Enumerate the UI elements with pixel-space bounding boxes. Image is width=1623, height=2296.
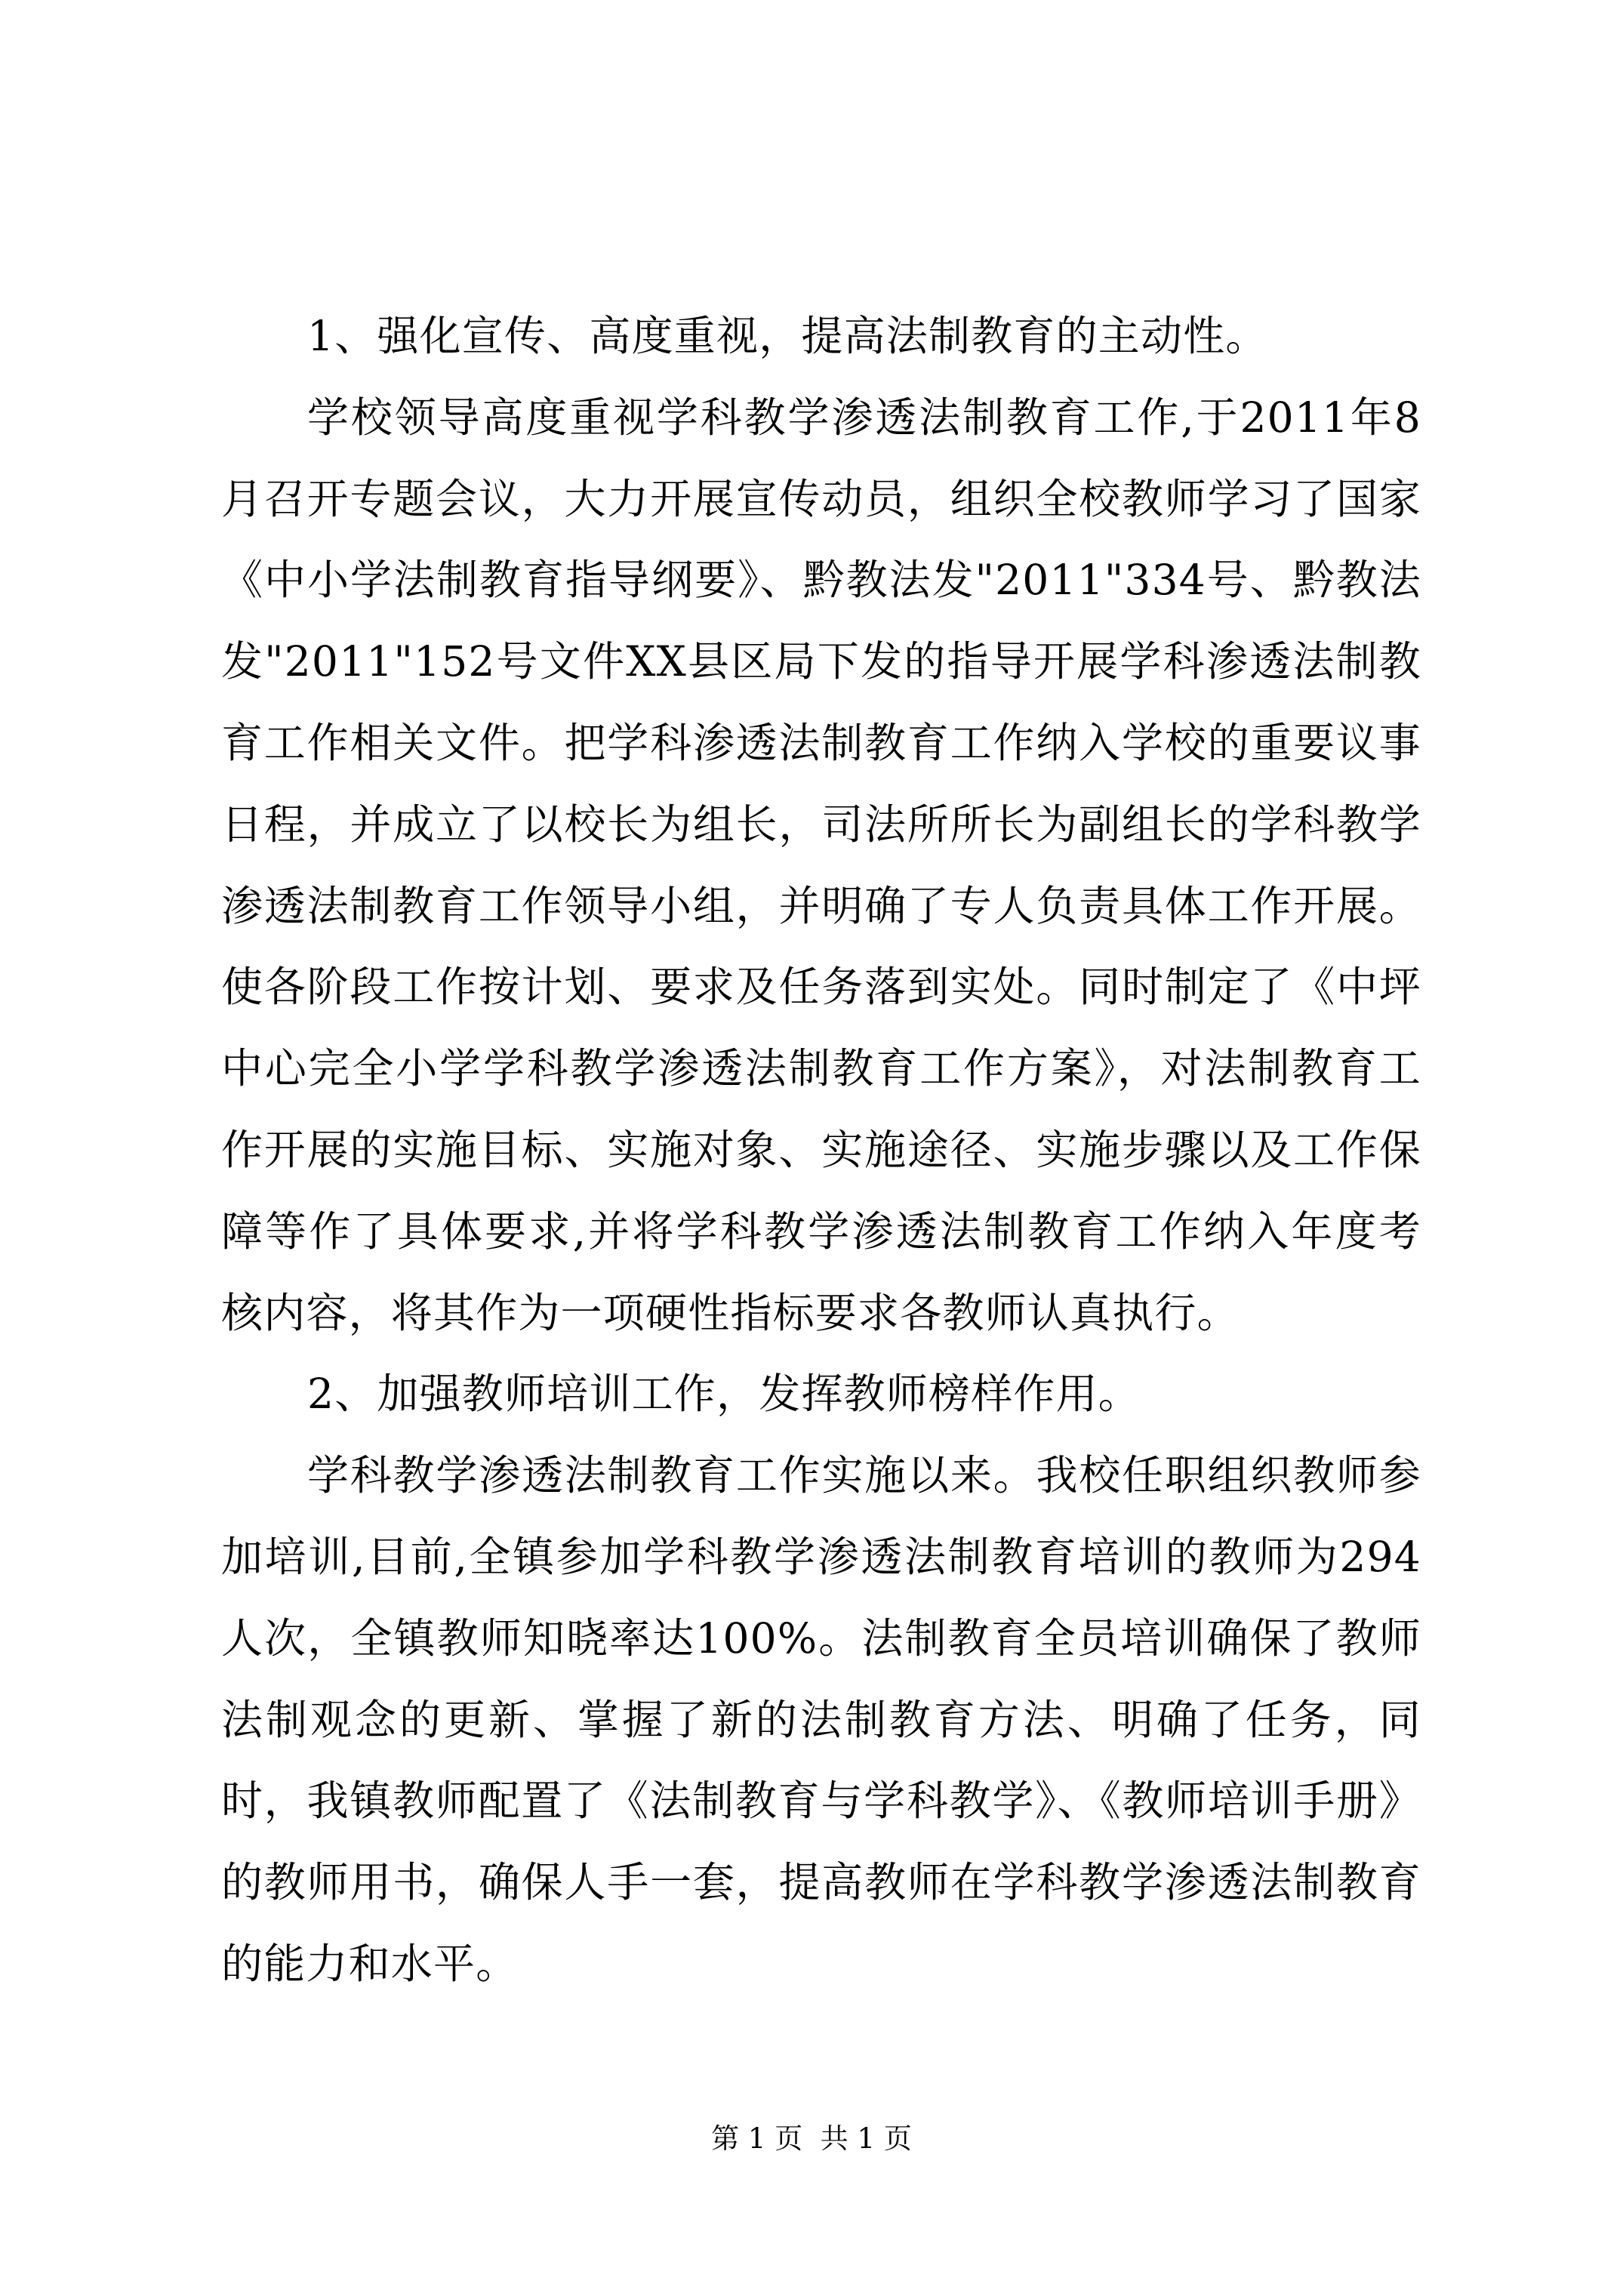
document-body: 1、强化宣传、高度重视，提高法制教育的主动性。 学校领导高度重视学科教学渗透法制… [221,296,1421,2005]
section-1-paragraph: 学校领导高度重视学科教学渗透法制教育工作,于2011年8月召开专题会议，大力开展… [221,378,1421,1354]
page-footer: 第 1 页 共 1 页 [0,2119,1623,2159]
section-2-paragraph: 学科教学渗透法制教育工作实施以来。我校任职组织教师参加培训,目前,全镇参加学科教… [221,1435,1421,2005]
section-1-heading: 1、强化宣传、高度重视，提高法制教育的主动性。 [221,296,1421,378]
page-number-label: 第 1 页 共 1 页 [711,2122,912,2155]
document-page: 1、强化宣传、高度重视，提高法制教育的主动性。 学校领导高度重视学科教学渗透法制… [0,0,1623,2296]
section-2-heading: 2、加强教师培训工作，发挥教师榜样作用。 [221,1354,1421,1435]
